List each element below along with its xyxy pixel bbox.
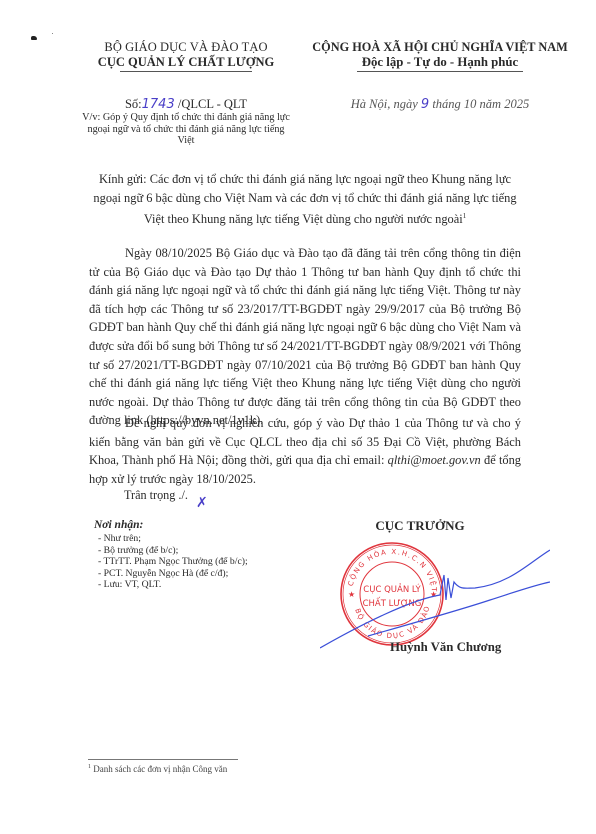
- handwritten-number: 1743: [142, 97, 175, 112]
- department-name: CỤC QUẢN LÝ CHẤT LƯỢNG: [80, 55, 292, 70]
- number-label: Số:: [125, 97, 142, 111]
- document-date: Hà Nội, ngày 9 tháng 10 năm 2025: [300, 97, 580, 112]
- document-subject: V/v: Góp ý Quy định tổ chức thi đánh giá…: [80, 112, 292, 147]
- motto-underline: [357, 71, 523, 72]
- footnote-separator: [88, 759, 238, 760]
- footnote-text: Danh sách các đơn vị nhận Công văn: [91, 764, 227, 774]
- footnote: 1 Danh sách các đơn vị nhận Công văn: [88, 764, 227, 774]
- handwritten-day: 9: [421, 97, 429, 112]
- addressee-text: Kính gửi: Các đơn vị tổ chức thi đánh gi…: [93, 172, 516, 226]
- email-address[interactable]: qlthi@moet.gov.vn: [388, 453, 481, 467]
- handwritten-signature-icon: [320, 540, 550, 650]
- handwritten-initial-mark: ✗: [196, 495, 208, 512]
- body-paragraph-1: Ngày 08/10/2025 Bộ Giáo dục và Đào tạo đ…: [89, 244, 521, 430]
- footnote-ref: 1: [463, 212, 467, 220]
- recipient-item: - TTrTT. Phạm Ngọc Thưởng (để b/c);: [98, 556, 248, 568]
- date-suffix: tháng 10 năm 2025: [429, 97, 529, 111]
- signer-name: Huỳnh Văn Chương: [390, 640, 501, 655]
- number-code: /QLCL - QLT: [175, 97, 247, 111]
- recipient-item: - Bộ trưởng (để b/c);: [98, 545, 248, 557]
- national-heading: CỘNG HOÀ XÃ HỘI CHỦ NGHĨA VIỆT NAM Độc l…: [295, 40, 585, 72]
- recipient-item: - PCT. Nguyễn Ngọc Hà (để c/đ);: [98, 568, 248, 580]
- signer-title: CỤC TRƯỞNG: [345, 518, 495, 534]
- addressee: Kính gửi: Các đơn vị tổ chức thi đánh gi…: [88, 170, 522, 229]
- recipients-list: - Như trên; - Bộ trưởng (để b/c); - TTrT…: [98, 533, 248, 591]
- issuer-block: BỘ GIÁO DỤC VÀ ĐÀO TẠO CỤC QUẢN LÝ CHẤT …: [80, 40, 292, 72]
- recipient-item: - Như trên;: [98, 533, 248, 545]
- ministry-name: BỘ GIÁO DỤC VÀ ĐÀO TẠO: [80, 40, 292, 55]
- document-number: Số:1743 /QLCL - QLT: [80, 97, 292, 112]
- recipients-title: Nơi nhận:: [94, 519, 143, 531]
- republic-name: CỘNG HOÀ XÃ HỘI CHỦ NGHĨA VIỆT NAM: [295, 40, 585, 55]
- closing-phrase: Trân trọng ./.: [124, 488, 188, 503]
- body-paragraph-2: Đề nghị quý đơn vị nghiên cứu, góp ý vào…: [89, 414, 521, 488]
- scan-artifact: [52, 33, 53, 34]
- date-prefix: Hà Nội, ngày: [351, 97, 421, 111]
- recipient-item: - Lưu: VT, QLT.: [98, 579, 248, 591]
- department-underline: [120, 71, 252, 72]
- scan-artifact: [31, 36, 37, 40]
- national-motto: Độc lập - Tự do - Hạnh phúc: [295, 55, 585, 70]
